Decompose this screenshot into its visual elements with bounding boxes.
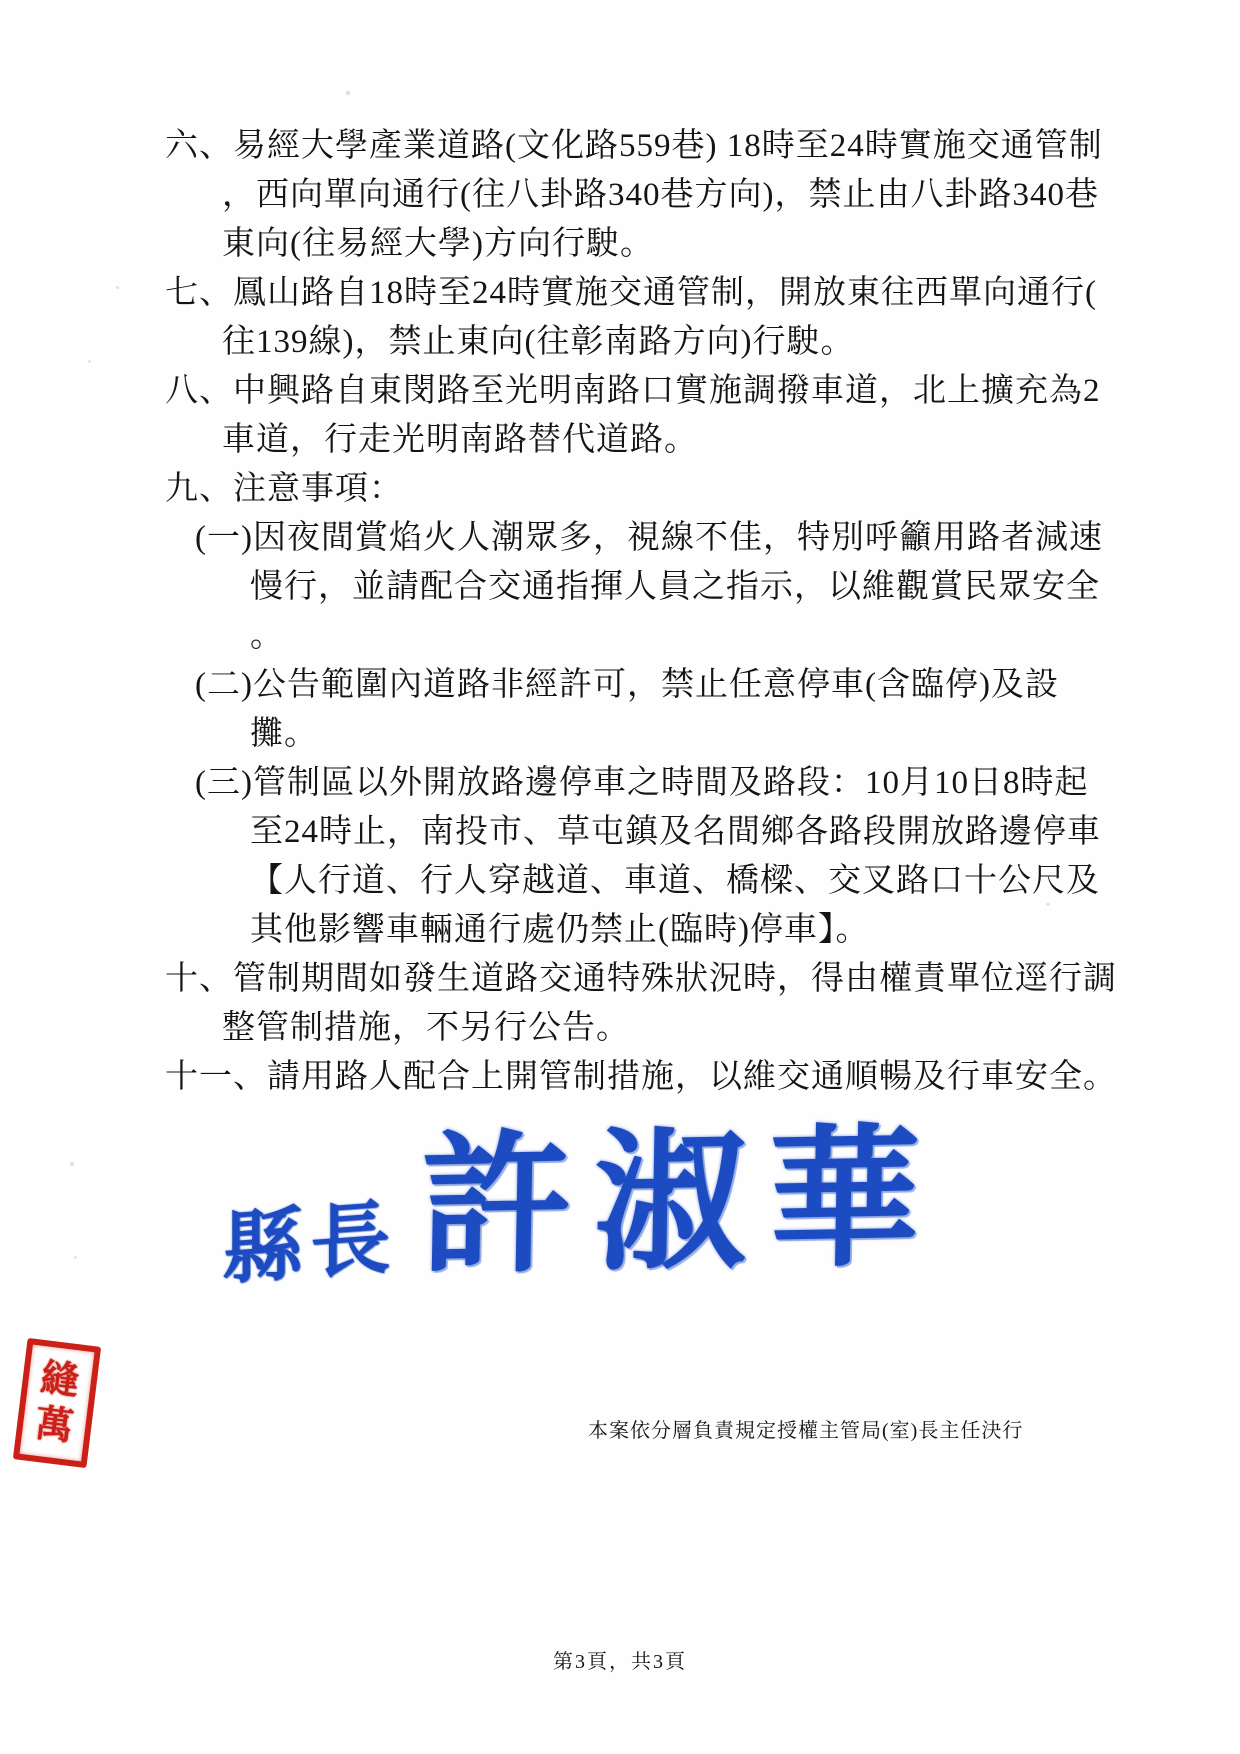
- scan-speck: [74, 1256, 77, 1259]
- text-line: 車道，行走光明南路替代道路。: [0, 416, 1240, 465]
- text-line: (三)管制區以外開放路邊停車之時間及路段：10月10日8時起: [0, 759, 1240, 808]
- text-line: 往139線)，禁止東向(往彰南路方向)行駛。: [0, 318, 1240, 367]
- signature-title: 縣長: [223, 1172, 399, 1300]
- text-line: 。: [0, 612, 1240, 661]
- text-line: 至24時止，南投市、草屯鎮及名間鄉各路段開放路邊停車: [0, 808, 1240, 857]
- text-line: (二)公告範圍內道路非經許可，禁止任意停車(含臨停)及設: [0, 661, 1240, 710]
- text-line: ，西向單向通行(往八卦路340巷方向)，禁止由八卦路340巷: [0, 171, 1240, 220]
- text-line: 東向(往易經大學)方向行駛。: [0, 220, 1240, 269]
- magistrate-signature-stamp: 縣長 許淑華: [221, 1116, 944, 1296]
- signature-name: 許淑華: [419, 1116, 944, 1292]
- seal-glyph-bottom: 萬: [33, 1401, 76, 1451]
- scan-speck: [116, 286, 119, 289]
- text-line: 六、易經大學產業道路(文化路559巷) 18時至24時實施交通管制: [0, 122, 1240, 171]
- authorization-note: 本案依分層負責規定授權主管局(室)長主任決行: [588, 1414, 1023, 1443]
- scan-speck: [346, 91, 350, 95]
- body-text: 六、易經大學產業道路(文化路559巷) 18時至24時實施交通管制，西向單向通行…: [0, 122, 1240, 1102]
- text-line: 十一、請用路人配合上開管制措施，以維交通順暢及行車安全。: [0, 1053, 1240, 1102]
- text-line: 九、注意事項：: [0, 465, 1240, 514]
- scan-speck: [88, 360, 91, 363]
- page-number: 第3頁，共3頁: [0, 1645, 1240, 1674]
- text-line: (一)因夜間賞焰火人潮眾多，視線不佳，特別呼籲用路者減速: [0, 514, 1240, 563]
- text-line: 八、中興路自東閔路至光明南路口實施調撥車道，北上擴充為2: [0, 367, 1240, 416]
- text-line: 十、管制期間如發生道路交通特殊狀況時，得由權責單位逕行調: [0, 955, 1240, 1004]
- document-page: 六、易經大學產業道路(文化路559巷) 18時至24時實施交通管制，西向單向通行…: [0, 0, 1240, 1754]
- text-line: 慢行，並請配合交通指揮人員之指示，以維觀賞民眾安全: [0, 563, 1240, 612]
- red-seal-icon: 縫 萬: [13, 1338, 101, 1468]
- text-line: 整管制措施，不另行公告。: [0, 1004, 1240, 1053]
- text-line: 其他影響車輛通行處仍禁止(臨時)停車】。: [0, 906, 1240, 955]
- scan-speck: [70, 1162, 74, 1166]
- text-line: 七、鳳山路自18時至24時實施交通管制，開放東往西單向通行(: [0, 269, 1240, 318]
- text-line: 攤。: [0, 710, 1240, 759]
- text-line: 【人行道、行人穿越道、車道、橋樑、交叉路口十公尺及: [0, 857, 1240, 906]
- scan-speck: [1046, 903, 1050, 906]
- seal-glyph-top: 縫: [38, 1355, 81, 1405]
